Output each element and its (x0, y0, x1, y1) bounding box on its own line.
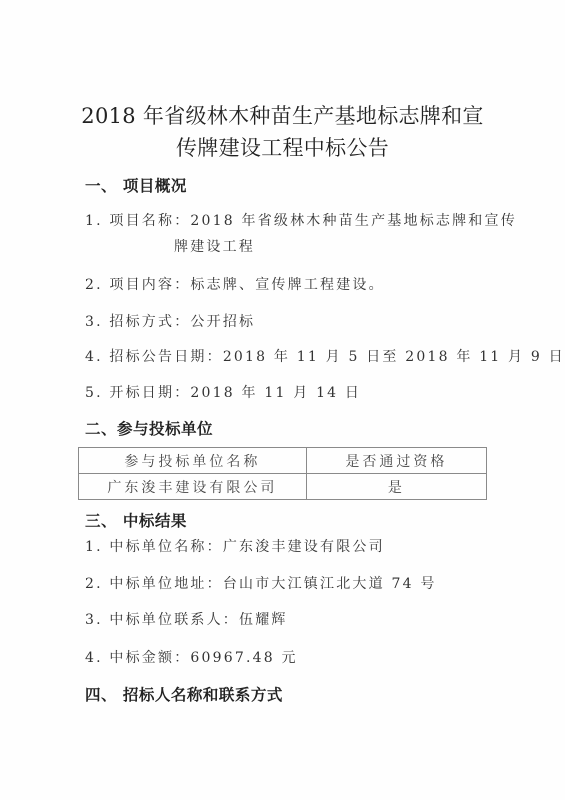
table-header-row: 参与投标单位名称 是否通过资格 (79, 448, 487, 474)
project-name-label: 1. 项目名称： (85, 213, 190, 229)
tender-method-label: 3. 招标方式： (85, 314, 190, 330)
tender-notice-date-item: 4. 招标公告日期：2018 年 11 月 5 日至 2018 年 11 月 9… (85, 347, 565, 367)
table-cell-qualified: 是 (306, 474, 486, 500)
project-name-item: 1. 项目名称：2018 年省级林木种苗生产基地标志牌和宣传 (85, 211, 517, 231)
document-title-line-1: 2018 年省级林木种苗生产基地标志牌和宣 (0, 100, 565, 132)
document-title-line-2: 传牌建设工程中标公告 (0, 132, 565, 164)
section-heading-project-overview: 一、 项目概况 (85, 175, 187, 197)
table-row: 广东浚丰建设有限公司 是 (79, 474, 487, 500)
winner-contact-item: 3. 中标单位联系人：伍耀辉 (85, 610, 288, 630)
bidders-table: 参与投标单位名称 是否通过资格 广东浚丰建设有限公司 是 (78, 447, 487, 500)
project-content-label: 2. 项目内容： (85, 277, 190, 293)
table-cell-bidder-name: 广东浚丰建设有限公司 (79, 474, 307, 500)
table-header-qualified: 是否通过资格 (306, 448, 486, 474)
bid-opening-date-value: 2018 年 11 月 14 日 (190, 385, 361, 401)
project-content-value: 标志牌、宣传牌工程建设。 (190, 277, 384, 293)
tender-method-value: 公开招标 (190, 314, 255, 330)
tender-notice-date-value: 2018 年 11 月 5 日至 2018 年 11 月 9 日 (223, 349, 565, 365)
winner-contact-value: 伍耀辉 (239, 612, 288, 628)
winner-address-item: 2. 中标单位地址：台山市大江镇江北大道 74 号 (85, 574, 437, 594)
section-heading-bidders: 二、参与投标单位 (85, 418, 213, 440)
winner-contact-label: 3. 中标单位联系人： (85, 612, 239, 628)
tender-method-item: 3. 招标方式：公开招标 (85, 312, 255, 332)
project-name-value-continued: 牌建设工程 (174, 237, 255, 257)
bid-opening-date-label: 5. 开标日期： (85, 385, 190, 401)
project-name-value: 2018 年省级林木种苗生产基地标志牌和宣传 (190, 213, 516, 229)
award-amount-item: 4. 中标金额：60967.48 元 (85, 648, 298, 668)
bidders-table-wrapper: 参与投标单位名称 是否通过资格 广东浚丰建设有限公司 是 (78, 447, 487, 500)
winner-name-item: 1. 中标单位名称：广东浚丰建设有限公司 (85, 537, 385, 557)
bid-opening-date-item: 5. 开标日期：2018 年 11 月 14 日 (85, 383, 361, 403)
winner-name-value: 广东浚丰建设有限公司 (223, 539, 385, 555)
award-amount-label: 4. 中标金额： (85, 650, 190, 666)
table-header-bidder-name: 参与投标单位名称 (79, 448, 307, 474)
document-page: 2018 年省级林木种苗生产基地标志牌和宣 传牌建设工程中标公告 一、 项目概况… (0, 0, 565, 800)
tender-notice-date-label: 4. 招标公告日期： (85, 349, 223, 365)
award-amount-value: 60967.48 元 (190, 650, 297, 666)
section-heading-award-result: 三、 中标结果 (85, 510, 187, 532)
section-heading-tenderer-contact: 四、 招标人名称和联系方式 (85, 684, 283, 706)
winner-address-value: 台山市大江镇江北大道 74 号 (223, 576, 437, 592)
winner-name-label: 1. 中标单位名称： (85, 539, 223, 555)
winner-address-label: 2. 中标单位地址： (85, 576, 223, 592)
project-content-item: 2. 项目内容：标志牌、宣传牌工程建设。 (85, 275, 385, 295)
